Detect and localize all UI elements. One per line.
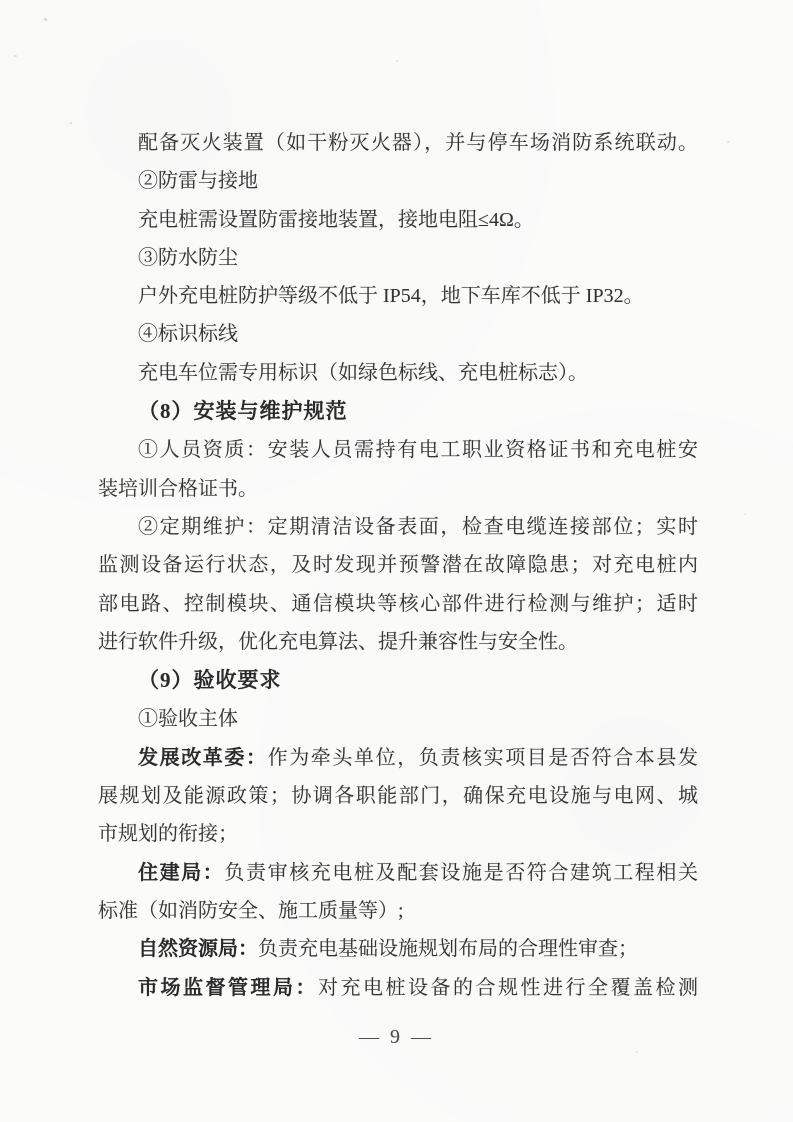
line-text: 配备灭火装置（如干粉灭火器），并与停车场消防系统联动。 bbox=[138, 132, 698, 154]
scan-speck bbox=[727, 141, 730, 143]
line-text: 对充电桩设备的合规性进行全覆盖检测 bbox=[318, 977, 698, 999]
line-text: 充电车位需专用标识（如绿色标线、充电桩标志）。 bbox=[138, 362, 588, 384]
text-line: （8）安装与维护规范 bbox=[98, 392, 698, 431]
line-bold-text: 住建局： bbox=[138, 862, 224, 884]
scan-speck bbox=[44, 18, 47, 21]
text-line: 充电桩需设置防雷接地装置，接地电阻≤4Ω。 bbox=[98, 201, 698, 239]
text-line: ②定期维护：定期清洁设备表面，检查电缆连接部位；实时 bbox=[98, 508, 698, 546]
text-line: 市规划的衔接； bbox=[98, 815, 698, 853]
line-text: 标准（如消防安全、施工质量等）; bbox=[98, 900, 404, 922]
text-line: ②防雷与接地 bbox=[98, 162, 698, 200]
line-text: ②防雷与接地 bbox=[138, 170, 258, 192]
text-line: 配备灭火装置（如干粉灭火器），并与停车场消防系统联动。 bbox=[98, 124, 698, 162]
text-block: 配备灭火装置（如干粉灭火器），并与停车场消防系统联动。②防雷与接地充电桩需设置防… bbox=[98, 124, 698, 1007]
text-line: 市场监督管理局：对充电桩设备的合规性进行全覆盖检测 bbox=[98, 969, 698, 1007]
text-line: ③防水防尘 bbox=[98, 239, 698, 277]
text-line: 展规划及能源政策；协调各职能部门，确保充电设施与电网、城 bbox=[98, 777, 698, 815]
line-text: ①人员资质：安装人员需持有电工职业资格证书和充电桩安 bbox=[138, 439, 698, 461]
line-text: 展规划及能源政策；协调各职能部门，确保充电设施与电网、城 bbox=[98, 785, 698, 807]
line-text: ④标识标线 bbox=[138, 323, 238, 345]
text-line: ④标识标线 bbox=[98, 315, 698, 353]
line-text: 作为牵头单位，负责核实项目是否符合本县发 bbox=[268, 747, 698, 769]
text-line: 住建局：负责审核充电桩及配套设施是否符合建筑工程相关 bbox=[98, 854, 698, 892]
text-line: 标准（如消防安全、施工质量等）; bbox=[98, 892, 698, 930]
scan-speck bbox=[70, 122, 72, 124]
text-line: （9）验收要求 bbox=[98, 661, 698, 700]
scan-speck bbox=[396, 60, 398, 62]
text-line: 监测设备运行状态，及时发现并预警潜在故障隐患；对充电桩内 bbox=[98, 546, 698, 584]
line-text: 部电路、控制模块、通信模块等核心部件进行检测与维护；适时 bbox=[98, 593, 698, 615]
text-line: 进行软件升级，优化充电算法、提升兼容性与安全性。 bbox=[98, 623, 698, 661]
text-line: 发展改革委：作为牵头单位，负责核实项目是否符合本县发 bbox=[98, 739, 698, 777]
line-text: ②定期维护：定期清洁设备表面，检查电缆连接部位；实时 bbox=[138, 516, 698, 538]
line-text: 充电桩需设置防雷接地装置，接地电阻≤4Ω。 bbox=[138, 209, 534, 231]
line-text: ③防水防尘 bbox=[138, 247, 238, 269]
text-line: ①验收主体 bbox=[98, 700, 698, 738]
line-text: 进行软件升级，优化充电算法、提升兼容性与安全性。 bbox=[98, 631, 578, 653]
line-text: 负责充电基础设施规划布局的合理性审查； bbox=[258, 938, 638, 960]
text-line: 部电路、控制模块、通信模块等核心部件进行检测与维护；适时 bbox=[98, 585, 698, 623]
text-line: ①人员资质：安装人员需持有电工职业资格证书和充电桩安 bbox=[98, 431, 698, 469]
line-text: 市规划的衔接； bbox=[98, 823, 238, 845]
text-line: 户外充电桩防护等级不低于 IP54，地下车库不低于 IP32。 bbox=[98, 277, 698, 315]
scan-speck bbox=[635, 1051, 638, 1053]
scan-speck bbox=[744, 513, 746, 515]
line-bold-text: 自然资源局： bbox=[138, 938, 258, 960]
scanned-document-page: 配备灭火装置（如干粉灭火器），并与停车场消防系统联动。②防雷与接地充电桩需设置防… bbox=[0, 0, 793, 1122]
page-number: — 9 — bbox=[0, 1026, 793, 1049]
line-text: 装培训合格证书。 bbox=[98, 478, 258, 500]
text-line: 充电车位需专用标识（如绿色标线、充电桩标志）。 bbox=[98, 354, 698, 392]
line-bold-text: 发展改革委： bbox=[138, 747, 268, 769]
line-bold-text: （8）安装与维护规范 bbox=[138, 399, 348, 423]
line-text: 负责审核充电桩及配套设施是否符合建筑工程相关 bbox=[224, 862, 698, 884]
scan-speck bbox=[14, 55, 17, 57]
line-bold-text: （9）验收要求 bbox=[138, 668, 282, 692]
line-text: 户外充电桩防护等级不低于 IP54，地下车库不低于 IP32。 bbox=[138, 285, 644, 307]
line-bold-text: 市场监督管理局： bbox=[138, 977, 318, 999]
text-line: 自然资源局：负责充电基础设施规划布局的合理性审查； bbox=[98, 930, 698, 968]
text-line: 装培训合格证书。 bbox=[98, 470, 698, 508]
line-text: 监测设备运行状态，及时发现并预警潜在故障隐患；对充电桩内 bbox=[98, 554, 698, 576]
line-text: ①验收主体 bbox=[138, 708, 238, 730]
